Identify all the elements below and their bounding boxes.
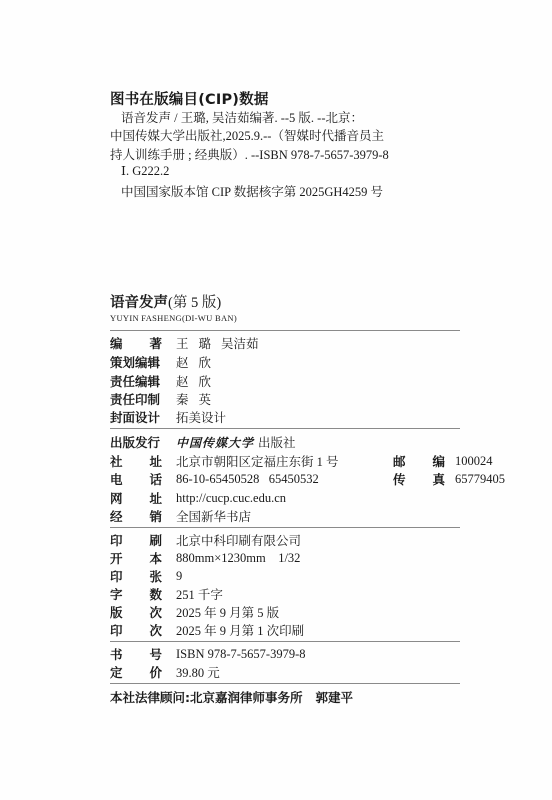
book-title-pinyin: YUYIN FASHENG(DI-WU BAN) — [110, 313, 237, 323]
website-link[interactable]: http://cucp.cuc.edu.cn — [176, 491, 286, 506]
field-label: 定价 — [110, 663, 162, 681]
credit-value: 王璐吴洁茹 — [176, 334, 259, 352]
cip-record-number: 中国国家版本馆 CIP 数据核字第 2025GH4259 号 — [121, 182, 383, 200]
price-value: 39.80 元 — [176, 663, 220, 681]
divider — [110, 683, 460, 684]
field-label: 书号 — [110, 645, 162, 663]
credit-value: 赵欣 — [176, 372, 211, 390]
credit-row-cover-design: 封面设计 拓美设计 — [110, 408, 226, 426]
book-title: 语音发声(第 5 版) — [110, 291, 221, 312]
printing-row: 字数 251 千字 — [110, 585, 223, 603]
publisher-logo: 中国传媒大学 — [176, 436, 254, 450]
printing-row: 版次 2025 年 9 月第 5 版 — [110, 603, 279, 621]
phone-value: 86-10-65450528 65450532 — [176, 472, 319, 487]
printing-row: 开本 880mm×1230mm 1/32 — [110, 549, 300, 567]
fax-field: 传真 65779405 — [393, 470, 505, 488]
cip-line: 语音发声 / 王璐, 吴洁茹编著. --5 版. --北京： — [121, 108, 363, 126]
field-label: 经销 — [110, 507, 162, 525]
format-value: 880mm×1230mm 1/32 — [176, 551, 300, 566]
credit-row-author: 编著 王璐吴洁茹 — [110, 334, 259, 352]
credit-value: 赵欣 — [176, 353, 211, 371]
isbn-row: 书号 ISBN 978-7-5657-3979-8 — [110, 645, 306, 663]
printing-row: 印次 2025 年 9 月第 1 次印刷 — [110, 621, 304, 639]
credit-label: 责任印制 — [110, 390, 162, 408]
field-label: 邮编 — [393, 452, 445, 470]
publisher-label: 出版发行 — [110, 433, 162, 451]
cip-line: 中国传媒大学出版社,2025.9.--（智媒时代播音员主 — [110, 126, 384, 144]
credit-label: 编著 — [110, 334, 162, 352]
cip-heading: 图书在版编目(CIP)数据 — [110, 88, 269, 109]
credit-value: 秦英 — [176, 390, 211, 408]
field-label: 社址 — [110, 452, 162, 470]
fax-value: 65779405 — [455, 472, 505, 487]
book-title-chinese: 语音发声 — [110, 295, 168, 311]
edition-value: 2025 年 9 月第 5 版 — [176, 603, 279, 621]
printing-row: 印张 9 — [110, 567, 182, 585]
divider — [110, 641, 460, 642]
isbn-value: ISBN 978-7-5657-3979-8 — [176, 647, 306, 662]
credit-row-print-supervisor: 责任印制 秦英 — [110, 390, 211, 408]
publisher-website-row: 网址 http://cucp.cuc.edu.cn — [110, 489, 286, 507]
credit-row-responsible-editor: 责任编辑 赵欣 — [110, 372, 211, 390]
publisher-distributor-row: 经销 全国新华书店 — [110, 507, 251, 525]
printer-value: 北京中科印刷有限公司 — [176, 531, 301, 549]
divider — [110, 330, 460, 331]
field-label: 电话 — [110, 470, 162, 488]
copyright-page: 图书在版编目(CIP)数据 语音发声 / 王璐, 吴洁茹编著. --5 版. -… — [0, 0, 552, 800]
publisher-phone-row: 电话 86-10-65450528 65450532 传真 65779405 — [110, 470, 319, 488]
printing-row: 印刷 北京中科印刷有限公司 — [110, 531, 301, 549]
credit-label: 责任编辑 — [110, 372, 162, 390]
cip-line: 持人训练手册 ; 经典版）. --ISBN 978-7-5657-3979-8 — [110, 145, 389, 163]
publisher-address-row: 社址 北京市朝阳区定福庄东街 1 号 邮编 100024 — [110, 452, 339, 470]
publisher-value: 中国传媒大学出版社 — [176, 433, 296, 451]
field-label: 印次 — [110, 621, 162, 639]
book-title-edition: (第 5 版) — [168, 295, 221, 311]
field-label: 印刷 — [110, 531, 162, 549]
field-label: 传真 — [393, 470, 445, 488]
field-label: 版次 — [110, 603, 162, 621]
credit-row-acquisitions-editor: 策划编辑 赵欣 — [110, 353, 211, 371]
field-label: 开本 — [110, 549, 162, 567]
postcode-field: 邮编 100024 — [393, 452, 493, 470]
credit-label: 策划编辑 — [110, 353, 162, 371]
field-label: 字数 — [110, 585, 162, 603]
divider — [110, 428, 460, 429]
distributor-value: 全国新华书店 — [176, 507, 251, 525]
word-count-value: 251 千字 — [176, 585, 223, 603]
field-label: 印张 — [110, 567, 162, 585]
impression-value: 2025 年 9 月第 1 次印刷 — [176, 621, 304, 639]
cip-classification: Ⅰ. G222.2 — [121, 163, 169, 179]
legal-counsel: 本社法律顾问:北京嘉润律师事务所 郭建平 — [110, 688, 353, 706]
price-row: 定价 39.80 元 — [110, 663, 220, 681]
sheets-value: 9 — [176, 569, 182, 584]
postcode-value: 100024 — [455, 454, 493, 469]
credit-value: 拓美设计 — [176, 408, 226, 426]
credit-label: 封面设计 — [110, 408, 162, 426]
address-value: 北京市朝阳区定福庄东街 1 号 — [176, 452, 339, 470]
divider — [110, 527, 460, 528]
publisher-row: 出版发行 中国传媒大学出版社 — [110, 433, 296, 451]
field-label: 网址 — [110, 489, 162, 507]
